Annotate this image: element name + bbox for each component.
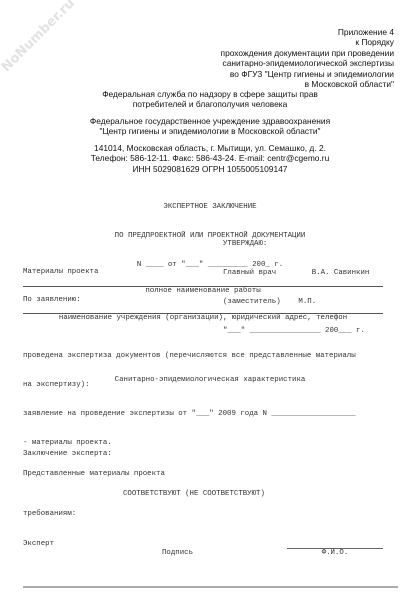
service-line: Федеральная служба по надзору в сфере за… <box>0 89 420 99</box>
phone-line: Телефон: 586-12-11. Факс: 586-43-24. E-m… <box>0 153 420 163</box>
conclusion-label: Заключение эксперта: <box>23 450 112 460</box>
expertise-line: проведена экспертиза документов (перечис… <box>23 352 356 362</box>
watermark: NoNumber.ru <box>0 0 78 75</box>
expertise-paragraph: проведена экспертиза документов (перечис… <box>23 333 356 458</box>
approval-block: УТВЕРЖДАЮ: Главный врач В.А. Савинкин (з… <box>223 221 369 346</box>
application-label: По заявлению: <box>23 296 81 306</box>
contacts-block: 141014, Московская область, г. Мытищи, у… <box>0 143 420 174</box>
name-caption: Ф.И.О. <box>287 549 383 559</box>
institution-line: "Центр гигиены и эпидемиологии в Московс… <box>0 126 420 136</box>
presented-materials-label: Представленные материалы проекта <box>23 470 165 480</box>
institution-header: Федеральное государственное учреждение з… <box>0 116 420 137</box>
characteristic-heading: Санитарно-эпидемиологическая характерист… <box>0 376 420 386</box>
appendix-note: Приложение 4 к Порядку прохождения докум… <box>221 27 394 89</box>
approver-line: Главный врач В.А. Савинкин <box>223 269 369 279</box>
appendix-line: Приложение 4 <box>221 27 394 37</box>
service-header: Федеральная служба по надзору в сфере за… <box>0 89 420 110</box>
requirements-label: требованиям: <box>23 510 76 520</box>
address-line: 141014, Московская область, г. Мытищи, у… <box>0 143 420 153</box>
institution-line: Федеральное государственное учреждение з… <box>0 116 420 126</box>
appendix-line: к Порядку <box>221 37 394 47</box>
expert-label: Эксперт <box>23 540 54 550</box>
appendix-line: прохождения документации при проведении <box>221 48 394 58</box>
expertise-line: - материалы проекта. <box>23 439 356 449</box>
title-line: ЭКСПЕРТНОЕ ЗАКЛЮЧЕНИЕ <box>0 203 420 213</box>
expertise-line: заявление на проведение экспертизы от "_… <box>23 410 356 420</box>
approver-role-line: (заместитель) М.П. <box>223 298 369 308</box>
appendix-line: во ФГУЗ "Центр гигиены и эпидемиологии <box>221 69 394 79</box>
bottom-divider <box>23 586 398 588</box>
inn-line: ИНН 5029081629 ОГРН 1055005109147 <box>0 164 420 174</box>
service-line: потребителей и благополучия человека <box>0 99 420 109</box>
materials-label: Материалы проекта <box>23 268 98 278</box>
appendix-line: санитарно-эпидемиологической экспертизы <box>221 58 394 68</box>
approval-heading: УТВЕРЖДАЮ: <box>223 240 369 250</box>
organization-caption: наименование учреждения (организации), ю… <box>23 314 383 324</box>
conformity-status: СООТВЕТСТВУЮТ (НЕ СООТВЕТСТВУЮТ) <box>123 490 265 500</box>
appendix-line: в Московской области" <box>221 79 394 89</box>
signature-caption: Подпись <box>162 549 193 559</box>
